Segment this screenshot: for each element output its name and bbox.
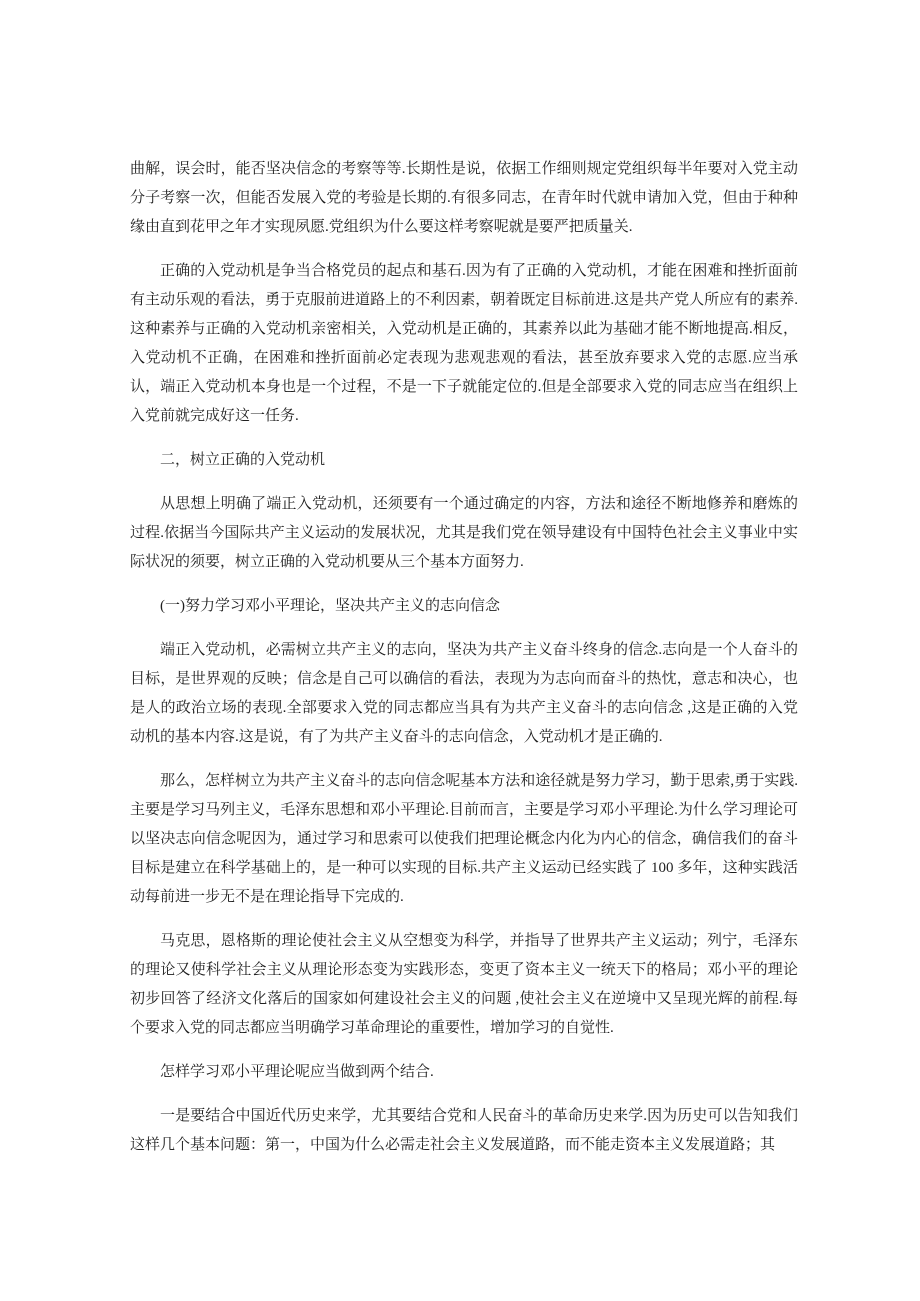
- section-heading: 二，树立正确的入党动机: [130, 446, 798, 475]
- document-page: 曲解，误会时，能否坚决信念的考察等等.长期性是说，依据工作细则规定党组织每半年要…: [0, 0, 920, 1301]
- body-paragraph: 怎样学习邓小平理论呢应当做到两个结合.: [130, 1058, 798, 1087]
- body-paragraph: 那么，怎样树立为共产主义奋斗的志向信念呢基本方法和途径就是努力学习，勤于思索,勇…: [130, 767, 798, 912]
- body-paragraph: 一是要结合中国近代历史来学，尤其要结合党和人民奋斗的革命历史来学.因为历史可以告…: [130, 1102, 798, 1160]
- body-paragraph: 从思想上明确了端正入党动机，还须要有一个通过确定的内容，方法和途径不断地修养和磨…: [130, 490, 798, 577]
- body-paragraph: 端正入党动机，必需树立共产主义的志向，坚决为共产主义奋斗终身的信念.志向是一个人…: [130, 636, 798, 752]
- body-paragraph: 马克思，恩格斯的理论使社会主义从空想变为科学，并指导了世界共产主义运动；列宁，毛…: [130, 927, 798, 1043]
- body-paragraph: 正确的入党动机是争当合格党员的起点和基石.因为有了正确的入党动机，才能在困难和挫…: [130, 257, 798, 431]
- body-paragraph-continuation: 曲解，误会时，能否坚决信念的考察等等.长期性是说，依据工作细则规定党组织每半年要…: [130, 155, 798, 242]
- subsection-heading: (一)努力学习邓小平理论，坚决共产主义的志向信念: [130, 592, 798, 621]
- document-body: 曲解，误会时，能否坚决信念的考察等等.长期性是说，依据工作细则规定党组织每半年要…: [130, 155, 798, 1175]
